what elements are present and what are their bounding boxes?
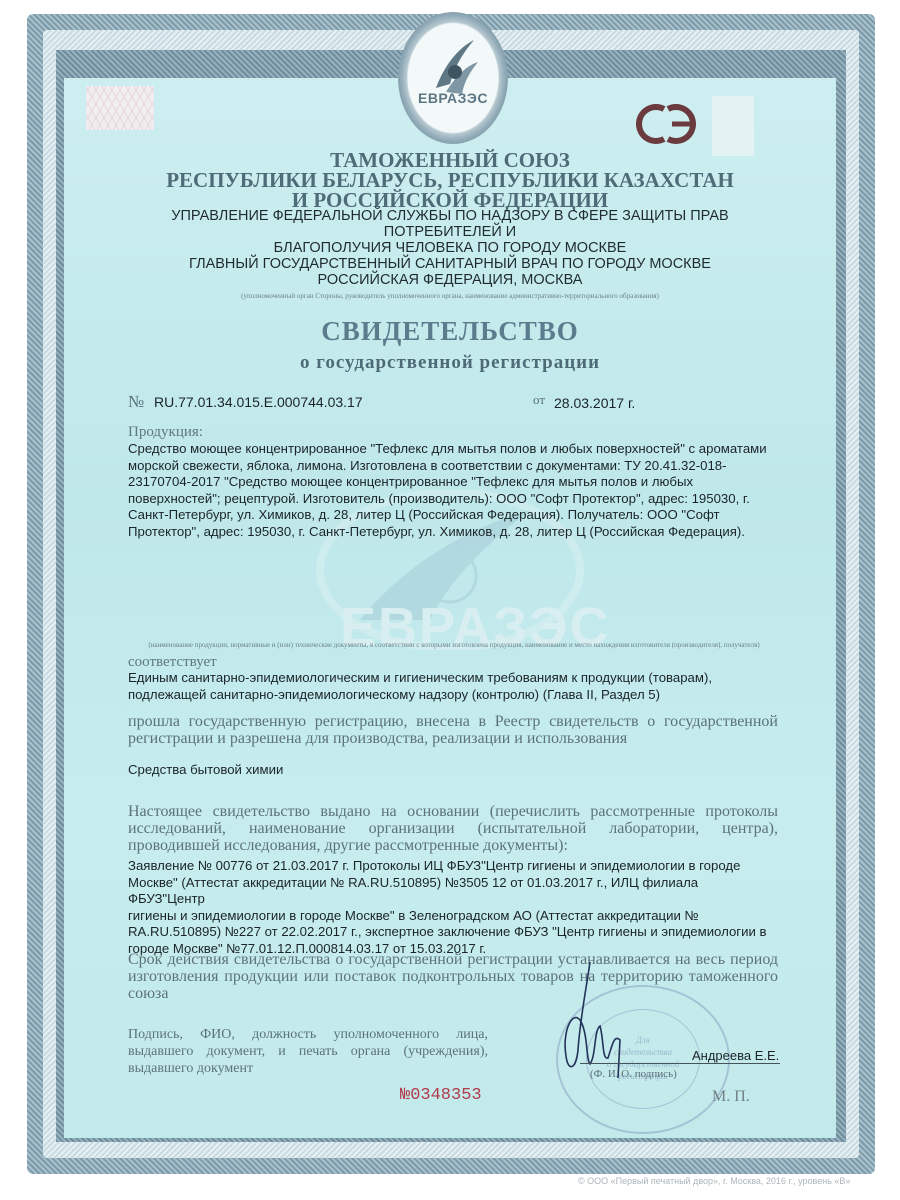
basis-statement: Настоящее свидетельство выдано на основа… [128,803,778,854]
signature-line [580,1063,780,1064]
basis-documents: Заявление № 00776 от 21.03.2017 г. Прото… [128,858,778,957]
number-label: № [128,392,144,412]
compliance-text: Единым санитарно-эпидемиологическим и ги… [128,670,778,703]
compliance-label: соответствует [128,654,217,671]
signature-statement: Подпись, ФИО, должность уполномоченного … [128,1026,488,1077]
product-label: Продукция: [128,424,203,441]
signature-caption: (Ф. И. О. подпись) [590,1068,677,1080]
product-note: (наименование продукции, нормативные и (… [124,641,784,649]
eac-se-mark-icon [630,101,702,147]
security-pattern [86,86,154,130]
emblem-label: ЕВРАЗЭС [400,90,506,106]
registration-date: 28.03.2017 г. [554,395,635,411]
blank-serial-number: №0348353 [400,1086,482,1105]
registration-number: RU.77.01.34.015.Е.000744.03.17 [154,394,363,410]
evrazes-emblem: ЕВРАЗЭС [398,12,508,144]
registration-row: № RU.77.01.34.015.Е.000744.03.17 от 28.0… [128,392,778,414]
signer-name: Андреева Е.Е. [692,1048,779,1063]
hologram-patch [712,96,754,156]
signature-icon [560,960,640,1080]
authority-note: (уполномоченный орган Стороны, руководит… [120,292,780,300]
stamp-place-mark: М. П. [712,1088,750,1106]
authority-heading: УПРАВЛЕНИЕ ФЕДЕРАЛЬНОЙ СЛУЖБЫ ПО НАДЗОРУ… [120,208,780,288]
product-description: Средство моющее концентрированное "Тефле… [128,441,778,540]
evrazes-emblem-icon [428,36,480,96]
certificate-subtitle: о государственной регистрации [120,352,780,374]
registration-scope: Средства бытовой химии [128,762,778,779]
date-label: от [533,392,545,408]
registration-statement: прошла государственную регистрацию, внес… [128,713,778,747]
union-heading: ТАМОЖЕННЫЙ СОЮЗ РЕСПУБЛИКИ БЕЛАРУСЬ, РЕС… [120,150,780,210]
printer-copyright: © ООО «Первый печатный двор», г. Москва,… [578,1176,850,1186]
certificate-title: СВИДЕТЕЛЬСТВО [120,316,780,347]
